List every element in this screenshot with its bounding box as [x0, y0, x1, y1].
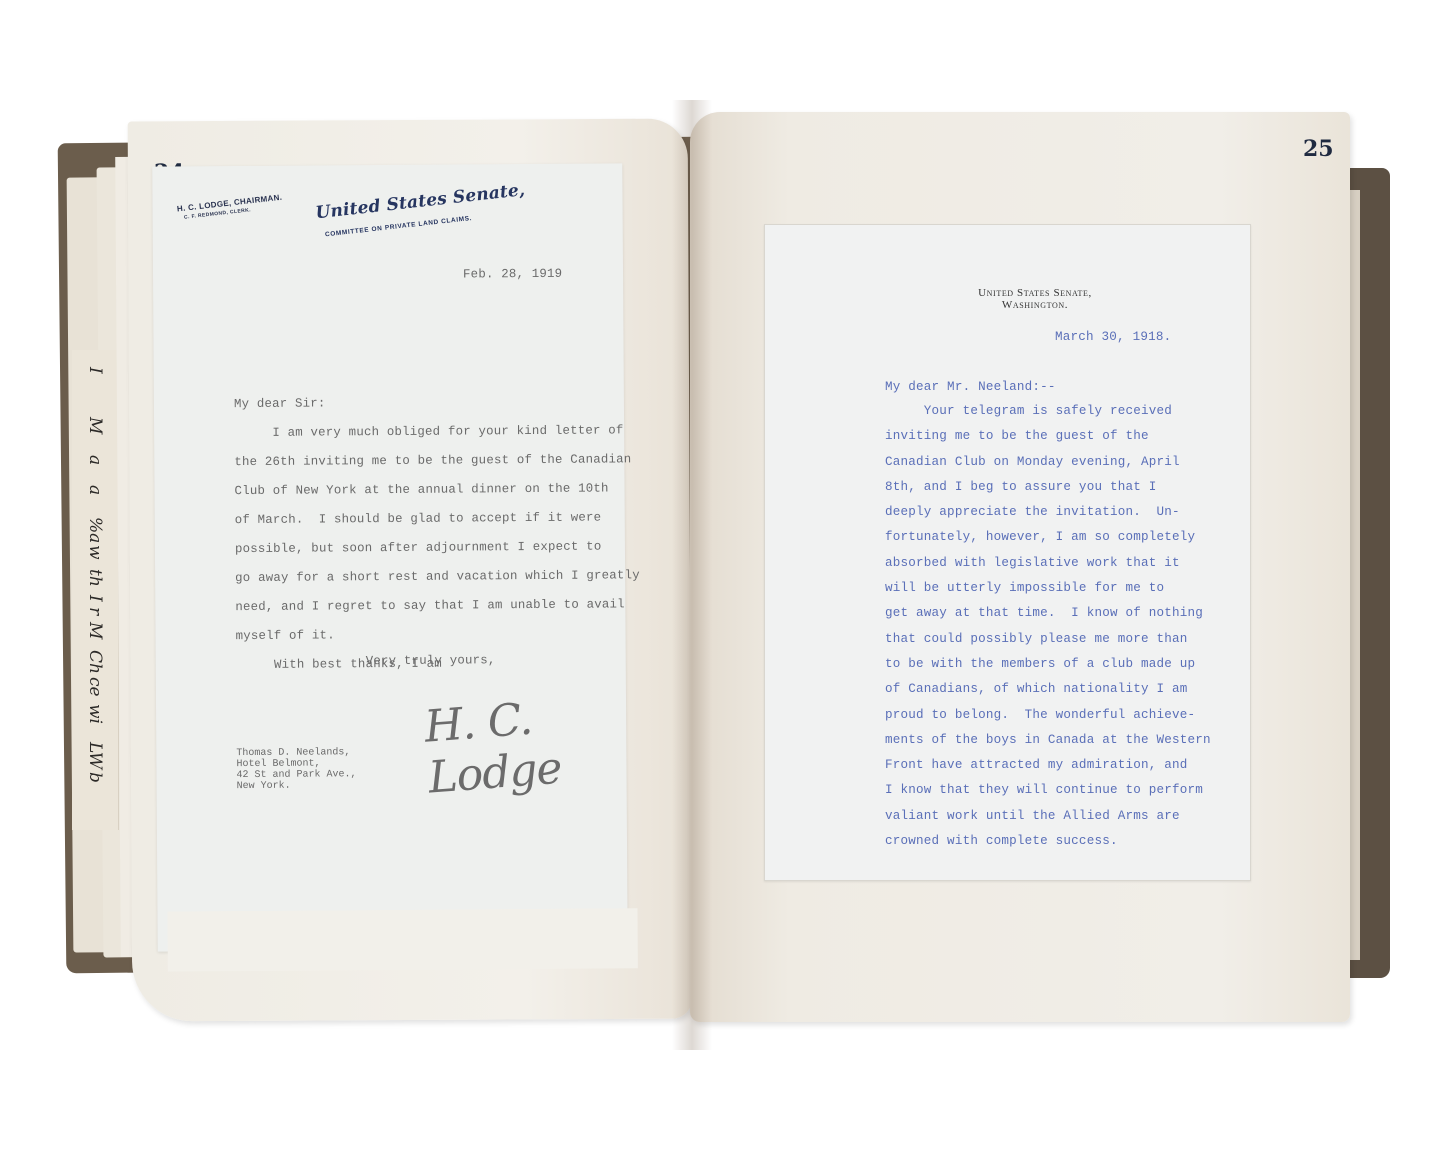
- handwriting: wi: [85, 704, 105, 730]
- addressee-block: Thomas D. Neelands, Hotel Belmont, 42 St…: [236, 747, 356, 792]
- letter-body: I am very much obliged for your kind let…: [234, 416, 640, 680]
- handwriting: ce: [85, 677, 105, 703]
- letterhead-location: Washington.: [935, 299, 1135, 311]
- addressee-line: 42 St and Park Ave.,: [236, 769, 356, 781]
- body-line: of Canadians, of which nationality I am: [885, 677, 1211, 702]
- handwriting: M: [85, 622, 105, 648]
- letterhead-title: United States Senate,: [315, 180, 527, 223]
- handwriting: th: [85, 569, 105, 595]
- salutation: My dear Sir:: [234, 389, 326, 419]
- handwriting: I r: [85, 595, 105, 621]
- handwriting: Ch: [85, 650, 105, 676]
- letterhead-title: United States Senate,: [935, 287, 1135, 299]
- body-line: ments of the boys in Canada at the Weste…: [885, 728, 1211, 753]
- handwritten-letter-edge: I M a a %a w th I r M Ch ce wi LW b: [72, 350, 119, 830]
- addressee-line: Thomas D. Neelands,: [236, 747, 356, 759]
- body-line: possible, but soon after adjournment I e…: [235, 532, 640, 564]
- body-line: I am very much obliged for your kind let…: [234, 416, 639, 448]
- body-line: proud to belong. The wonderful achieve-: [885, 703, 1211, 728]
- body-line: valiant work until the Allied Arms are: [885, 804, 1211, 829]
- handwriting: a: [85, 485, 105, 511]
- body-line: of March. I should be glad to accept if …: [235, 503, 640, 535]
- body-line: that could possibly please me more than: [885, 627, 1211, 652]
- handwriting: a: [85, 455, 105, 481]
- body-line: I know that they will continue to perfor…: [885, 778, 1211, 803]
- body-line: fortunately, however, I am so completely: [885, 525, 1211, 550]
- salutation: My dear Mr. Neeland:--: [885, 375, 1056, 400]
- body-line: go away for a short rest and vacation wh…: [235, 561, 640, 593]
- body-line: absorbed with legislative work that it: [885, 551, 1211, 576]
- body-line: Canadian Club on Monday evening, April: [885, 450, 1211, 475]
- body-line: inviting me to be the guest of the: [885, 424, 1211, 449]
- letterhead-chairman: H. C. LODGE, CHAIRMAN. C. F. REDMOND, CL…: [177, 193, 284, 222]
- valediction: Very truly yours,: [366, 646, 496, 676]
- page-number-right: 25: [1303, 136, 1334, 162]
- letter-date: March 30, 1918.: [1055, 325, 1171, 350]
- addressee-line: Hotel Belmont,: [236, 758, 356, 770]
- handwriting: LW: [85, 742, 105, 768]
- letter-body: Your telegram is safely received invitin…: [885, 399, 1211, 854]
- body-line: to be with the members of a club made up: [885, 652, 1211, 677]
- handwriting: w: [85, 545, 105, 571]
- body-line: need, and I regret to say that I am unab…: [235, 590, 640, 622]
- body-line: the 26th inviting me to be the guest of …: [234, 445, 639, 477]
- letter-senate-1918: United States Senate, Washington. March …: [764, 224, 1251, 881]
- letterhead: United States Senate, Washington.: [935, 287, 1135, 311]
- handwriting: b: [85, 772, 105, 798]
- underlying-sheet: [167, 908, 637, 971]
- body-line: Front have attracted my admiration, and: [885, 753, 1211, 778]
- letter-lodge-1919: H. C. LODGE, CHAIRMAN. C. F. REDMOND, CL…: [152, 163, 627, 951]
- body-line: 8th, and I beg to assure you that I: [885, 475, 1211, 500]
- body-line: get away at that time. I know of nothing: [885, 601, 1211, 626]
- signature: H. C. Lodge: [423, 687, 630, 804]
- addressee-line: New York.: [237, 780, 357, 792]
- letter-date: Feb. 28, 1919: [463, 260, 562, 290]
- handwriting: %a: [85, 517, 105, 543]
- body-line: will be utterly impossible for me to: [885, 576, 1211, 601]
- handwriting: M: [85, 417, 105, 443]
- body-line: crowned with complete success.: [885, 829, 1211, 854]
- handwriting: I: [85, 367, 105, 393]
- body-line: deeply appreciate the invitation. Un-: [885, 500, 1211, 525]
- book-gutter: [672, 100, 712, 1050]
- body-line: Your telegram is safely received: [885, 399, 1211, 424]
- body-line: Club of New York at the annual dinner on…: [234, 474, 639, 506]
